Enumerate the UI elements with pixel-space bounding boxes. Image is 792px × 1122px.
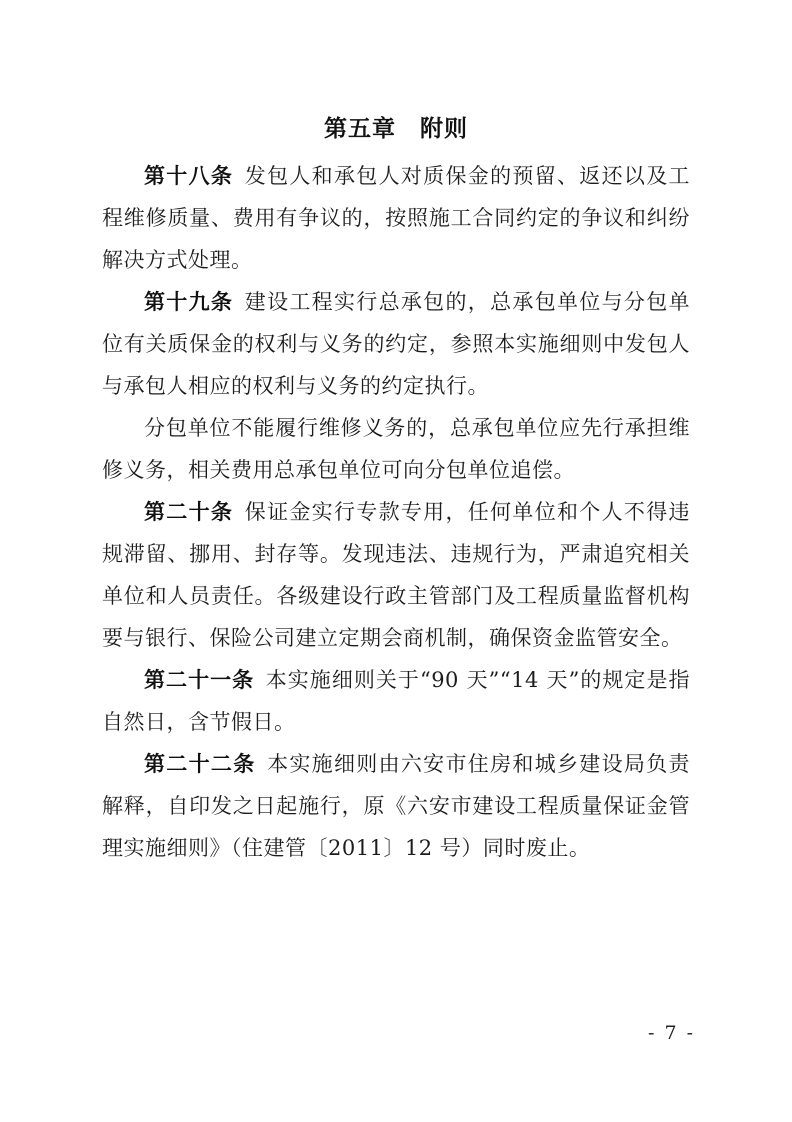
paragraph-article-19-continuation: 分包单位不能履行维修义务的，总承包单位应先行承担维修义务，相关费用总承包单位可向…: [102, 407, 690, 491]
article-20-number: 第二十条: [144, 499, 245, 524]
article-18-number: 第十八条: [144, 163, 245, 188]
article-19-number: 第十九条: [144, 289, 245, 314]
chapter-title: 第五章 附则: [102, 112, 690, 146]
continuation-text: 分包单位不能履行维修义务的，总承包单位应先行承担维修义务，相关费用总承包单位可向…: [102, 416, 690, 482]
page-number: - 7 -: [648, 1020, 695, 1046]
document-body: 第五章 附则 第十八条发包人和承包人对质保金的预留、返还以及工程维修质量、费用有…: [102, 112, 690, 869]
document-page: 第五章 附则 第十八条发包人和承包人对质保金的预留、返还以及工程维修质量、费用有…: [0, 0, 792, 1122]
paragraph-article-19: 第十九条建设工程实行总承包的，总承包单位与分包单位有关质保金的权利与义务的约定，…: [102, 281, 690, 407]
paragraph-article-21: 第二十一条本实施细则关于“90 天”“14 天”的规定是指自然日，含节假日。: [102, 659, 690, 743]
paragraph-article-20: 第二十条保证金实行专款专用，任何单位和个人不得违规滞留、挪用、封存等。发现违法、…: [102, 491, 690, 659]
paragraph-article-22: 第二十二条本实施细则由六安市住房和城乡建设局负责解释，自印发之日起施行，原《六安…: [102, 743, 690, 869]
article-22-number: 第二十二条: [144, 751, 267, 776]
paragraph-article-18: 第十八条发包人和承包人对质保金的预留、返还以及工程维修质量、费用有争议的，按照施…: [102, 155, 690, 281]
article-21-number: 第二十一条: [144, 667, 266, 692]
